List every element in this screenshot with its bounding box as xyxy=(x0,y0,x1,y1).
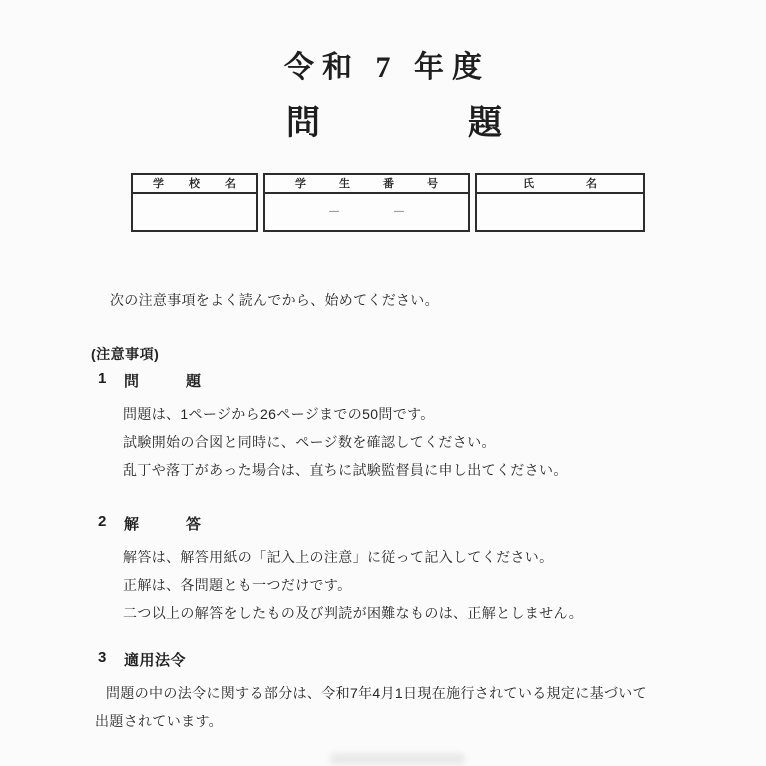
section-line: 二つ以上の解答をしたもの及び判読が困難なものは、正解としません。 xyxy=(123,599,726,627)
student-number-column: 学生番号 － － xyxy=(263,173,470,232)
page-title-year: 令和 7 年度 xyxy=(0,42,766,86)
scan-artifact-smudge xyxy=(330,753,465,765)
school-name-cell xyxy=(133,194,256,230)
school-name-header: 学校名 xyxy=(133,175,256,194)
section-number: 2 xyxy=(98,513,124,534)
intro-instruction: 次の注意事項をよく読んでから、始めてください。 xyxy=(110,290,439,310)
name-header: 氏名 xyxy=(477,175,643,194)
exam-cover-page: 令和 7 年度 問 題 学校名 学生番号 － － 氏名 次の注意事項をよく読んで… xyxy=(0,0,766,766)
page-title-subject-left: 問 xyxy=(286,95,320,144)
section-applicable-laws-heading: 3 適用法令 xyxy=(98,649,726,670)
section-number: 1 xyxy=(98,370,124,391)
section-line: 問題の中の法令に関する部分は、令和7年4月1日現在施行されている規定に基づいて xyxy=(106,679,726,707)
student-info-table: 学校名 学生番号 － － 氏名 xyxy=(131,173,645,232)
name-cell xyxy=(477,194,643,230)
section-number: 3 xyxy=(98,649,124,670)
section-questions-heading: 1 問 題 xyxy=(98,370,726,391)
section-line: 解答は、解答用紙の「記入上の注意」に従って記入してください。 xyxy=(123,543,726,571)
notice-heading: (注意事項) xyxy=(91,344,159,364)
section-line: 問題は、1ページから26ページまでの50問です。 xyxy=(123,400,726,428)
page-title-subject-right: 題 xyxy=(468,95,502,144)
name-column: 氏名 xyxy=(475,173,645,232)
section-line: 出題されています。 xyxy=(95,707,726,735)
school-name-column: 学校名 xyxy=(131,173,258,232)
student-number-cell: － － xyxy=(265,194,468,230)
section-line: 試験開始の合図と同時に、ページ数を確認してください。 xyxy=(123,428,726,456)
section-answers: 2 解 答 解答は、解答用紙の「記入上の注意」に従って記入してください。 正解は… xyxy=(98,513,726,627)
section-title: 適用法令 xyxy=(124,649,186,670)
section-line: 乱丁や落丁があった場合は、直ちに試験監督員に申し出てください。 xyxy=(123,456,726,484)
section-title: 問 題 xyxy=(124,370,202,391)
student-number-header: 学生番号 xyxy=(265,175,468,194)
page-title-subject: 問 題 xyxy=(286,95,502,144)
section-questions: 1 問 題 問題は、1ページから26ページまでの50問です。 試験開始の合図と同… xyxy=(98,370,726,484)
section-line: 正解は、各問題とも一つだけです。 xyxy=(123,571,726,599)
section-answers-heading: 2 解 答 xyxy=(98,513,726,534)
section-applicable-laws: 3 適用法令 問題の中の法令に関する部分は、令和7年4月1日現在施行されている規… xyxy=(98,649,726,735)
section-title: 解 答 xyxy=(124,513,202,534)
